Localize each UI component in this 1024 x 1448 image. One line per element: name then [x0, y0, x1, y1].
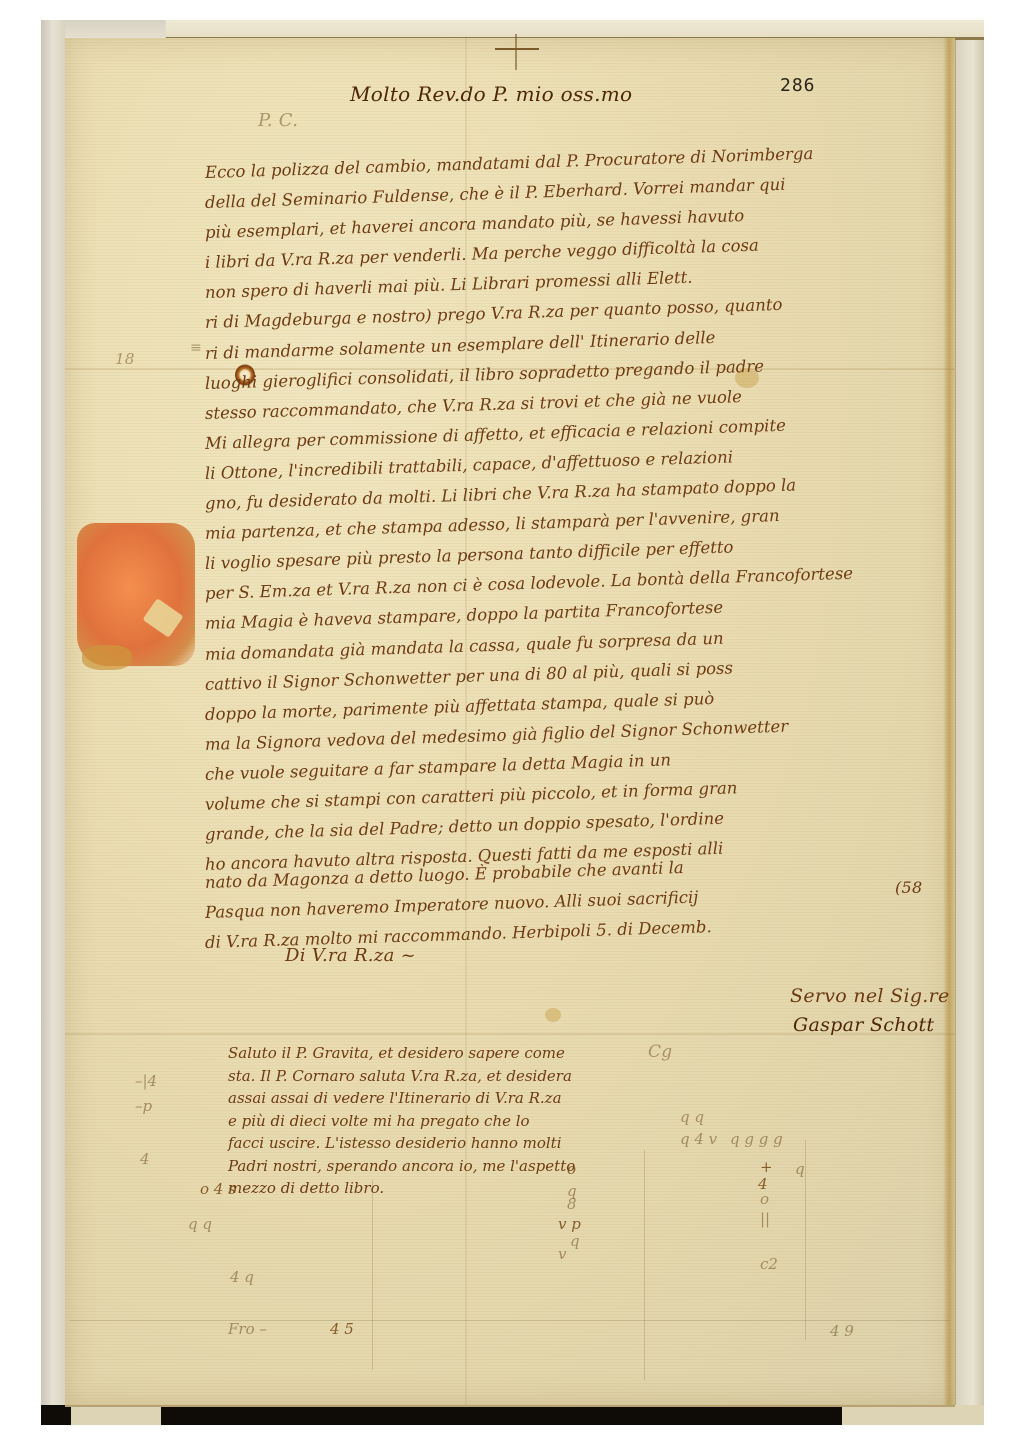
salutation: Molto Rev.do P. mio oss.mo — [350, 82, 632, 106]
top-paper-edge-left — [65, 20, 165, 39]
signature-name: Gaspar Schott — [793, 1014, 934, 1036]
cipher-mark: q g g g — [730, 1130, 783, 1148]
cipher-mark: q q — [188, 1215, 212, 1233]
cipher-mark: v — [558, 1245, 566, 1263]
postscript: Saluto il P. Gravita, et desidero sapere… — [228, 1042, 575, 1200]
postscript-line: Saluto il P. Gravita, et desidero sapere… — [228, 1042, 575, 1065]
year-mark: (58 — [895, 878, 923, 897]
folio-number: 286 — [780, 75, 816, 96]
cipher-mark: 4 5 — [330, 1320, 354, 1338]
top-paper-edge — [166, 20, 984, 40]
bottom-paper-fragment-right — [830, 1405, 984, 1425]
cross-mark — [495, 48, 539, 50]
bottom-paper-fragment-left — [71, 1405, 161, 1425]
valediction: Di V.ra R.za ~ — [285, 945, 416, 966]
cipher-mark: || — [760, 1210, 770, 1228]
signature-servo: Servo nel Sig.re — [790, 985, 950, 1007]
cipher-mark: o 4 s — [200, 1180, 236, 1198]
postscript-line: facci uscire. L'istesso desiderio hanno … — [228, 1132, 575, 1155]
cipher-mark: v p — [558, 1215, 581, 1233]
seal-residue — [82, 645, 132, 670]
cipher-mark: q — [570, 1232, 580, 1250]
cipher-mark: o — [567, 1160, 576, 1178]
cipher-mark: q 4 v — [680, 1130, 717, 1148]
cipher-mark: 4 — [140, 1150, 150, 1168]
postscript-line: Padri nostri, sperando ancora io, me l'a… — [228, 1155, 575, 1178]
cipher-mark: 4 9 — [830, 1322, 854, 1340]
ruling-line — [805, 1140, 806, 1340]
cipher-mark: 8 — [567, 1195, 577, 1213]
cipher-mark: q — [795, 1160, 805, 1178]
stain-spot — [545, 1008, 561, 1022]
cipher-mark: c2 — [760, 1255, 778, 1273]
cipher-mark: –p — [135, 1097, 152, 1115]
ruling-line — [372, 1180, 373, 1370]
cipher-mark: 4 q — [230, 1268, 254, 1286]
cipher-mark: + — [760, 1158, 773, 1176]
margin-mark: ≡ — [190, 340, 202, 356]
left-paper-edge — [41, 20, 66, 1405]
ruling-line — [70, 1320, 950, 1321]
ruling-line — [644, 1150, 645, 1380]
postscript-line: e più di dieci volte mi ha pregato che l… — [228, 1110, 575, 1133]
cipher-mark: –|4 — [135, 1072, 157, 1090]
postscript-line: sta. Il P. Cornaro saluta V.ra R.za, et … — [228, 1065, 575, 1088]
postscript-line: assai assai di vedere l'Itinerario di V.… — [228, 1087, 575, 1110]
margin-note: 18 — [115, 350, 135, 368]
letter-body: Ecco la polizza del cambio, mandatami da… — [205, 158, 965, 880]
cipher-mark: o — [760, 1190, 769, 1208]
cipher-mark: Fro – — [228, 1320, 267, 1338]
postscript-line: mezzo di detto libro. — [228, 1177, 575, 1200]
cipher-mark: q q — [680, 1108, 704, 1126]
postscript-side-mark: Cg — [648, 1042, 673, 1062]
seal-paper-fragment — [142, 598, 183, 638]
salutation-abbrev: P. C. — [258, 110, 298, 131]
